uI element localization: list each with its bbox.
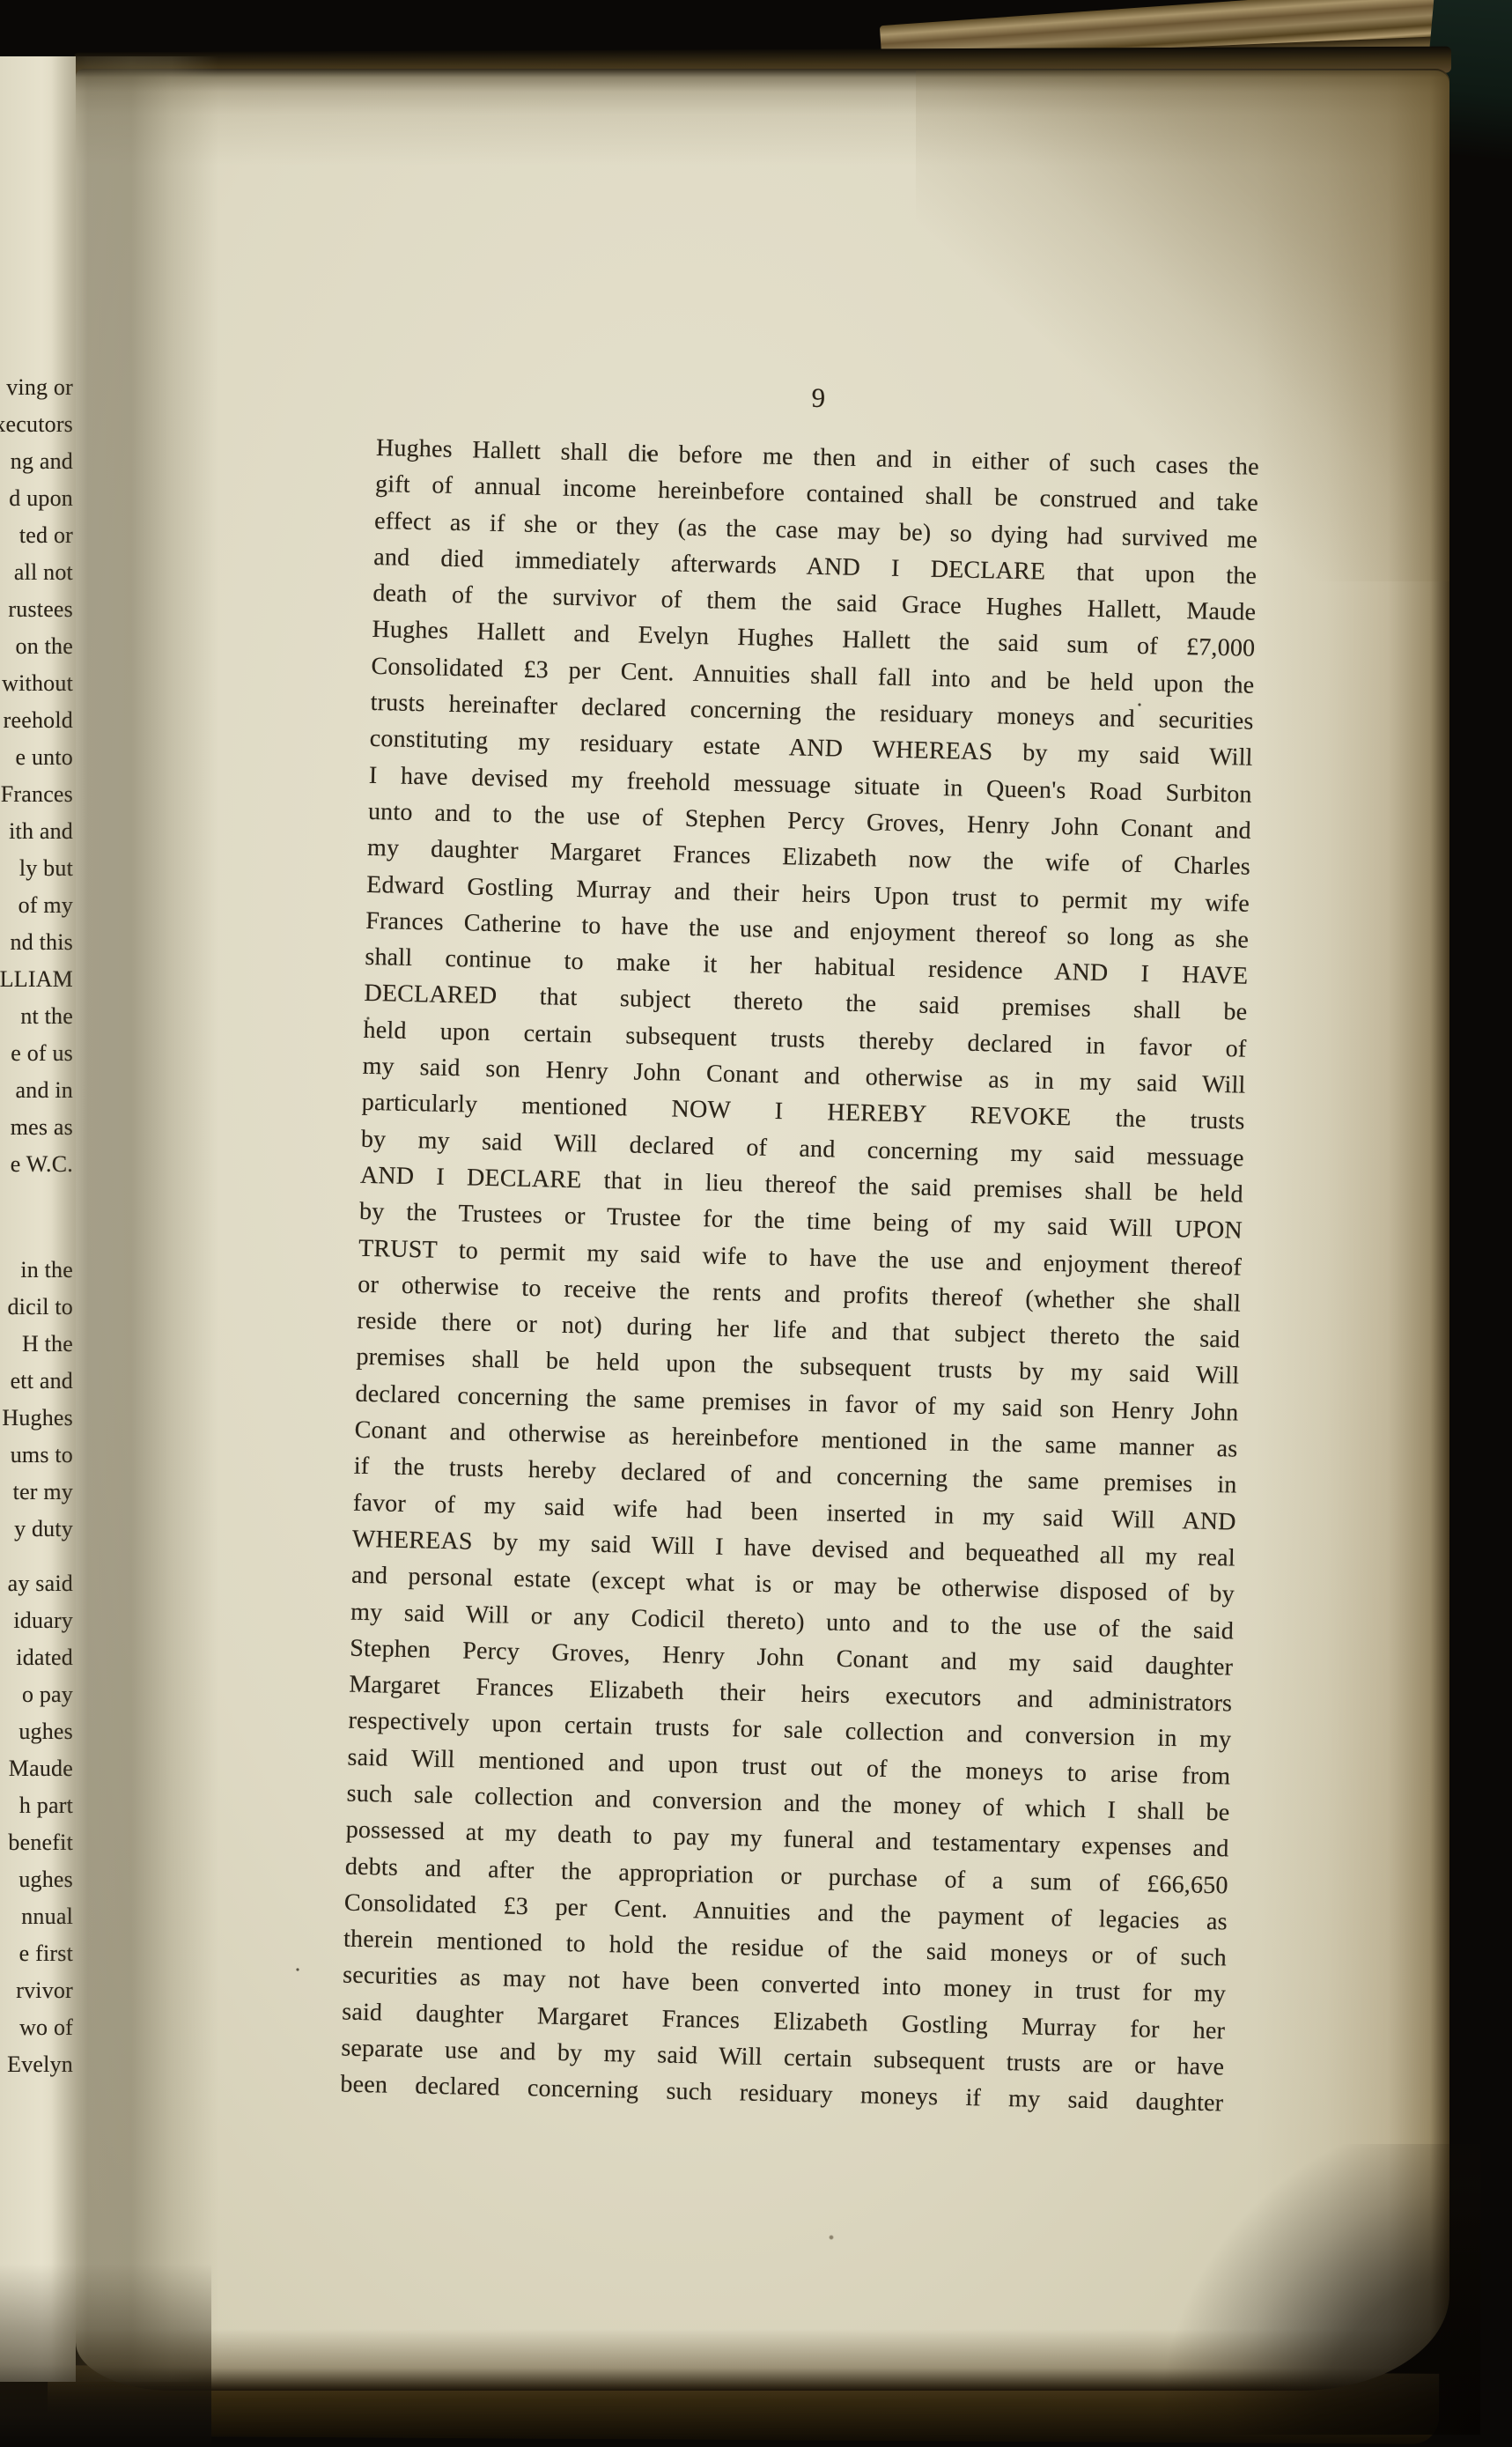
gutter-shadow [51, 56, 218, 2382]
body-text-lines: Hughes Hallett shall die before me then … [340, 430, 1259, 2122]
bottom-left-shadow [0, 2264, 211, 2447]
will-text-block: 9 Hughes Hallett shall die before me the… [340, 368, 1261, 2122]
book-photo: ving or xecutors ng and d upon ted or [0, 0, 1512, 2447]
corner-shadow-bottom-right [1163, 2144, 1480, 2435]
